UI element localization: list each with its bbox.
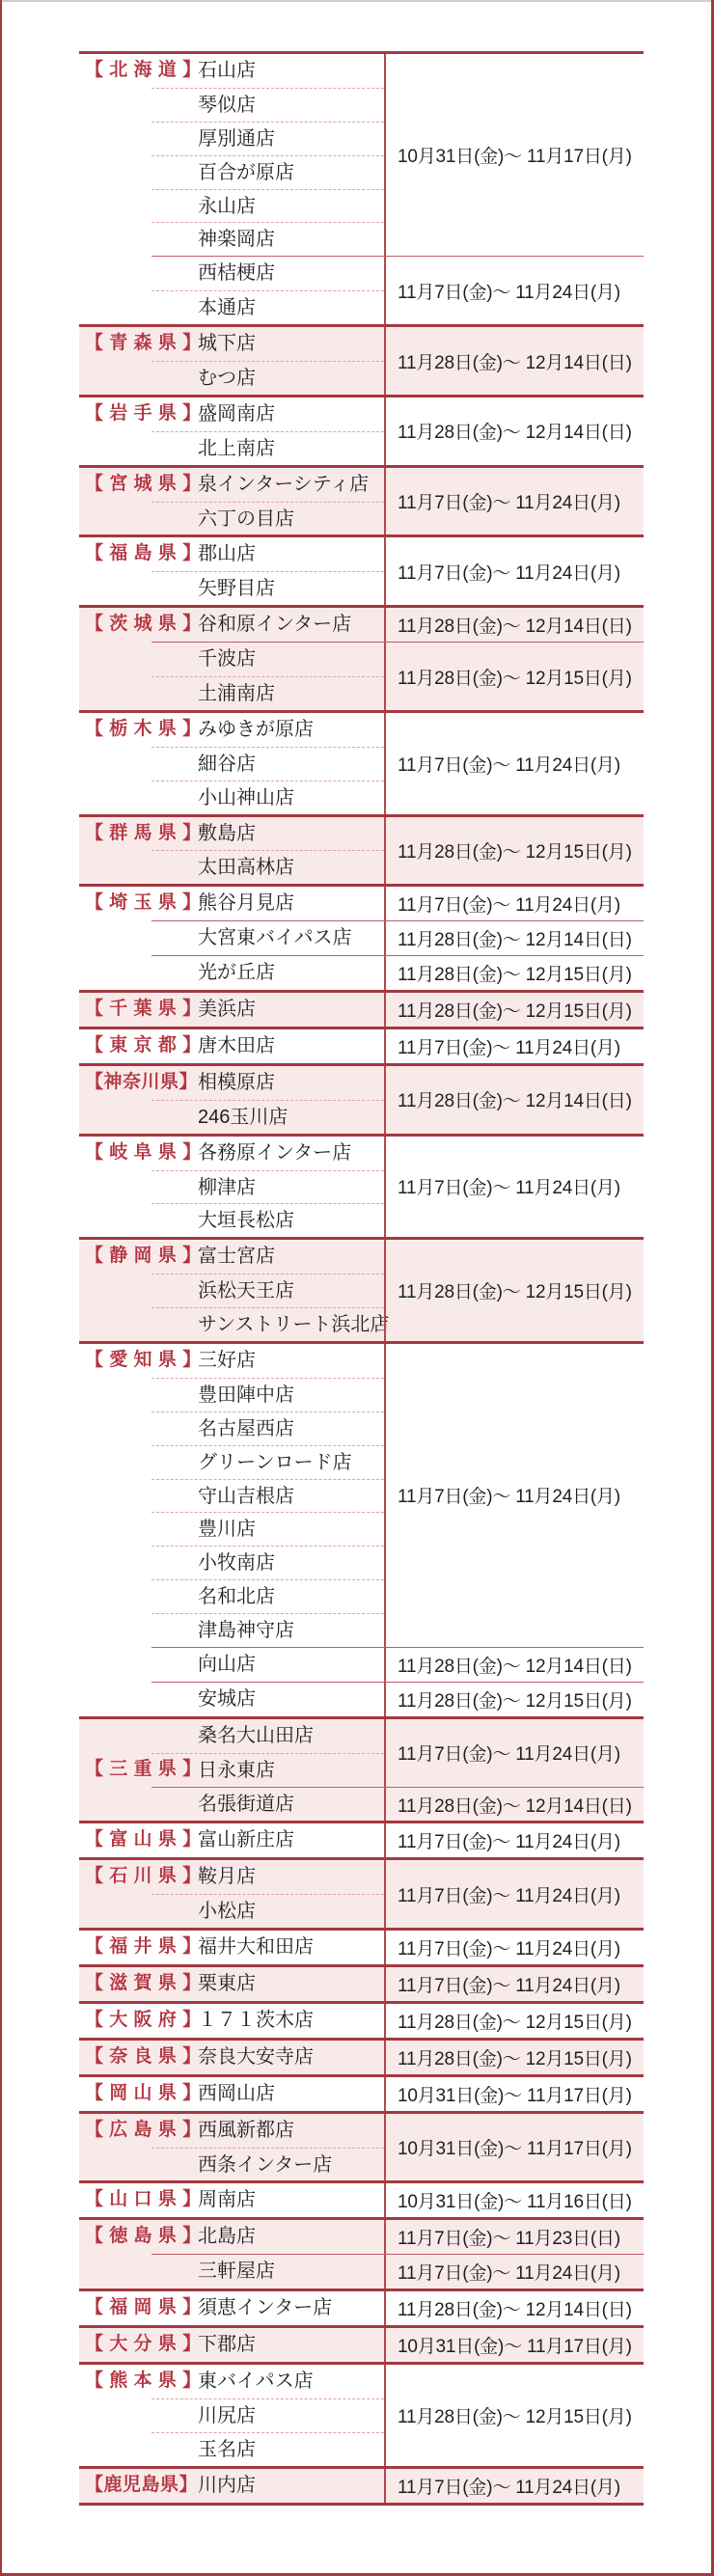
- store-name: 柳津店: [151, 1170, 384, 1204]
- period-cell: 10月31日(金)～ 11月16日(日): [384, 2183, 644, 2217]
- period-cell: 11月28日(金)～ 12月14日(日): [384, 2291, 644, 2325]
- store-name: 小山神山店: [151, 781, 384, 814]
- period-text: 11月28日(金)～ 12月14日(日): [398, 418, 632, 444]
- store-list: 三好店豊田陣中店名古屋西店グリーンロード店守山吉根店豊川店小牧南店名和北店津島神…: [151, 1344, 384, 1647]
- prefecture-section: 【 静 岡 県 】富士宮店浜松天王店サンストリート浜北店11月28日(金)～ 1…: [79, 1237, 644, 1341]
- period-text: 11月7日(金)～ 11月24日(月): [398, 2259, 620, 2285]
- prefecture-label-text: 【 大 阪 府 】: [85, 2004, 202, 2038]
- prefecture-body: 盛岡南店北上南店11月28日(金)～ 12月14日(日): [151, 397, 644, 465]
- prefecture-label-text: 【 石 川 県 】: [85, 1860, 202, 1894]
- prefecture-section: 【 愛 知 県 】三好店豊田陣中店名古屋西店グリーンロード店守山吉根店豊川店小牧…: [79, 1341, 644, 1716]
- prefecture-label: 【 宮 城 県 】: [79, 468, 151, 535]
- period-cell: 11月7日(金)～ 11月24日(月): [384, 1931, 644, 1964]
- prefecture-label-text: 【 静 岡 県 】: [85, 1240, 202, 1274]
- store-name: 西条インター店: [151, 2148, 384, 2181]
- prefecture-section: 【 千 葉 県 】美浜店11月28日(金)～ 12月15日(月): [79, 990, 644, 1027]
- prefecture-body: 谷和原インター店11月28日(金)～ 12月14日(日)千波店土浦南店11月28…: [151, 608, 644, 710]
- store-list: 大宮東バイパス店: [151, 921, 384, 955]
- period-text: 10月31日(金)～ 11月17日(月): [398, 2081, 632, 2107]
- store-group: 石山店琴似店厚別通店百合が原店永山店神楽岡店10月31日(金)～ 11月17日(…: [151, 54, 644, 256]
- prefecture-section: 【 富 山 県 】富山新庄店11月7日(金)～ 11月24日(月): [79, 1821, 644, 1857]
- store-group: 富山新庄店11月7日(金)～ 11月24日(月): [151, 1823, 644, 1857]
- period-cell: 11月7日(金)～ 11月24日(月): [384, 713, 644, 814]
- store-group: 福井大和田店11月7日(金)～ 11月24日(月): [151, 1931, 644, 1964]
- period-text: 11月7日(金)～ 11月24日(月): [398, 559, 620, 585]
- prefecture-label-text: 【 岐 阜 県 】: [85, 1137, 202, 1170]
- store-name: 安城店: [151, 1683, 384, 1716]
- prefecture-section: 【 奈 良 県 】奈良大安寺店11月28日(金)～ 12月15日(月): [79, 2038, 644, 2074]
- prefecture-section: 【 三 重 県 】桑名大山田店日永東店11月7日(金)～ 11月24日(月)名張…: [79, 1716, 644, 1822]
- store-schedule-table: 【 北 海 道 】石山店琴似店厚別通店百合が原店永山店神楽岡店10月31日(金)…: [79, 51, 644, 2506]
- store-list: 安城店: [151, 1683, 384, 1716]
- prefecture-body: 郡山店矢野目店11月7日(金)～ 11月24日(月): [151, 537, 644, 605]
- prefecture-section: 【 滋 賀 県 】栗東店11月7日(金)～ 11月24日(月): [79, 1964, 644, 2001]
- store-group: 西風新都店西条インター店10月31日(金)～ 11月17日(月): [151, 2114, 644, 2181]
- store-group: 富士宮店浜松天王店サンストリート浜北店11月28日(金)～ 12月15日(月): [151, 1240, 644, 1341]
- store-name: 三軒屋店: [151, 2255, 384, 2288]
- period-cell: 10月31日(金)～ 11月17日(月): [384, 54, 644, 256]
- prefecture-label-text: 【神奈川県】: [85, 1066, 198, 1100]
- prefecture-label: 【 青 森 県 】: [79, 327, 151, 395]
- period-cell: 11月7日(金)～ 11月24日(月): [384, 1029, 644, 1063]
- store-name: 六丁の目店: [151, 502, 384, 535]
- prefecture-label: 【 茨 城 県 】: [79, 608, 151, 710]
- prefecture-label-text: 【 愛 知 県 】: [85, 1344, 202, 1378]
- period-text: 11月28日(金)～ 12月15日(月): [398, 2044, 632, 2070]
- prefecture-body: 西岡山店10月31日(金)～ 11月17日(月): [151, 2077, 644, 2111]
- period-cell: 11月28日(金)～ 12月15日(月): [384, 956, 644, 990]
- store-name: 守山吉根店: [151, 1479, 384, 1513]
- period-text: 11月7日(金)～ 11月24日(月): [398, 1173, 620, 1199]
- store-group: 西岡山店10月31日(金)～ 11月17日(月): [151, 2077, 644, 2111]
- store-list: 光が丘店: [151, 956, 384, 990]
- period-cell: 11月7日(金)～ 11月24日(月): [384, 2469, 644, 2503]
- store-group: 須恵インター店11月28日(金)～ 12月14日(日): [151, 2291, 644, 2325]
- prefecture-body: 城下店むつ店11月28日(金)～ 12月14日(日): [151, 327, 644, 395]
- prefecture-label-text: 【 滋 賀 県 】: [85, 1967, 202, 2001]
- period-text: 11月7日(金)～ 11月24日(月): [398, 751, 620, 777]
- period-cell: 11月7日(金)～ 11月24日(月): [384, 1823, 644, 1857]
- store-name: 玉名店: [151, 2432, 384, 2466]
- prefecture-section: 【 宮 城 県 】泉インターシティ店六丁の目店11月7日(金)～ 11月24日(…: [79, 465, 644, 535]
- store-name: 永山店: [151, 189, 384, 223]
- period-text: 11月28日(金)～ 12月14日(日): [398, 1086, 632, 1112]
- period-text: 11月7日(金)～ 11月24日(月): [398, 488, 620, 514]
- period-cell: 11月7日(金)～ 11月24日(月): [384, 257, 644, 324]
- store-name: 北上南店: [151, 431, 384, 465]
- store-name: 光が丘店: [151, 956, 384, 990]
- prefecture-label-text: 【 福 岡 県 】: [85, 2291, 202, 2325]
- period-text: 11月7日(金)～ 11月24日(月): [398, 1971, 620, 1997]
- prefecture-label: 【 奈 良 県 】: [79, 2041, 151, 2074]
- prefecture-label: 【 群 馬 県 】: [79, 817, 151, 885]
- period-text: 11月7日(金)～ 11月24日(月): [398, 1934, 620, 1960]
- store-group: 北島店11月7日(金)～ 11月23日(日): [151, 2220, 644, 2254]
- prefecture-label: 【 岐 阜 県 】: [79, 1137, 151, 1238]
- store-group: 周南店10月31日(金)～ 11月16日(日): [151, 2183, 644, 2217]
- prefecture-label: 【 岩 手 県 】: [79, 397, 151, 465]
- prefecture-label: 【 静 岡 県 】: [79, 1240, 151, 1341]
- store-list: 向山店: [151, 1648, 384, 1682]
- store-group: 東バイパス店川尻店玉名店11月28日(金)～ 12月15日(月): [151, 2365, 644, 2466]
- prefecture-label: 【 福 島 県 】: [79, 537, 151, 605]
- period-text: 11月7日(金)～ 11月24日(月): [398, 1740, 620, 1766]
- prefecture-section: 【 青 森 県 】城下店むつ店11月28日(金)～ 12月14日(日): [79, 324, 644, 395]
- store-name: 川尻店: [151, 2398, 384, 2432]
- period-text: 11月28日(金)～ 12月14日(日): [398, 2295, 632, 2321]
- period-cell: 10月31日(金)～ 11月17日(月): [384, 2077, 644, 2111]
- period-cell: 11月7日(金)～ 11月24日(月): [384, 468, 644, 535]
- store-list: 西桔梗店本通店: [151, 257, 384, 324]
- prefecture-body: 周南店10月31日(金)～ 11月16日(日): [151, 2183, 644, 2217]
- prefecture-section: 【 大 分 県 】下郡店10月31日(金)～ 11月17日(月): [79, 2325, 644, 2362]
- period-text: 11月28日(金)～ 12月15日(月): [398, 960, 632, 986]
- page-left-border: [0, 0, 2, 2576]
- store-list: 千波店土浦南店: [151, 643, 384, 710]
- store-group: 光が丘店11月28日(金)～ 12月15日(月): [151, 955, 644, 990]
- prefecture-body: 泉インターシティ店六丁の目店11月7日(金)～ 11月24日(月): [151, 468, 644, 535]
- prefecture-label-text: 【 埼 玉 県 】: [85, 887, 202, 920]
- period-cell: 11月7日(金)～ 11月24日(月): [384, 2255, 644, 2288]
- prefecture-label-text: 【 東 京 都 】: [85, 1029, 202, 1063]
- prefecture-label: 【 北 海 道 】: [79, 54, 151, 324]
- store-group: 桑名大山田店日永東店11月7日(金)～ 11月24日(月): [151, 1719, 644, 1787]
- period-text: 11月28日(金)～ 12月14日(日): [398, 925, 632, 951]
- period-cell: 11月28日(金)～ 12月15日(月): [384, 643, 644, 710]
- store-name: 小松店: [151, 1894, 384, 1928]
- store-group: 三軒屋店11月7日(金)～ 11月24日(月): [151, 2254, 644, 2288]
- period-text: 10月31日(金)～ 11月17日(月): [398, 2332, 632, 2358]
- period-cell: 11月28日(金)～ 12月14日(日): [384, 397, 644, 465]
- prefecture-body: 福井大和田店11月7日(金)～ 11月24日(月): [151, 1931, 644, 1964]
- prefecture-body: 桑名大山田店日永東店11月7日(金)～ 11月24日(月)名張街道店11月28日…: [151, 1719, 644, 1822]
- prefecture-label-text: 【 大 分 県 】: [85, 2328, 202, 2362]
- store-name: 千波店: [151, 643, 384, 676]
- prefecture-label: 【 大 阪 府 】: [79, 2004, 151, 2038]
- prefecture-label: 【 愛 知 県 】: [79, 1344, 151, 1716]
- period-cell: 11月28日(金)～ 12月15日(月): [384, 2365, 644, 2466]
- prefecture-label-text: 【 奈 良 県 】: [85, 2041, 202, 2074]
- prefecture-body: 唐木田店11月7日(金)～ 11月24日(月): [151, 1029, 644, 1063]
- store-name: 名張街道店: [151, 1788, 384, 1822]
- period-cell: 11月7日(金)～ 11月24日(月): [384, 1860, 644, 1928]
- prefecture-section: 【 徳 島 県 】北島店11月7日(金)～ 11月23日(日)三軒屋店11月7日…: [79, 2217, 644, 2288]
- prefecture-body: １７１茨木店11月28日(金)～ 12月15日(月): [151, 2004, 644, 2038]
- period-cell: 11月28日(金)～ 12月15日(月): [384, 2041, 644, 2074]
- store-name: 豊川店: [151, 1512, 384, 1546]
- prefecture-body: 富山新庄店11月7日(金)～ 11月24日(月): [151, 1823, 644, 1857]
- prefecture-label-text: 【 熊 本 県 】: [85, 2365, 202, 2398]
- store-name: サンストリート浜北店: [151, 1307, 384, 1341]
- store-group: 三好店豊田陣中店名古屋西店グリーンロード店守山吉根店豊川店小牧南店名和北店津島神…: [151, 1344, 644, 1647]
- store-group: 泉インターシティ店六丁の目店11月7日(金)～ 11月24日(月): [151, 468, 644, 535]
- period-text: 11月7日(金)～ 11月24日(月): [398, 1881, 620, 1907]
- period-cell: 11月7日(金)～ 11月24日(月): [384, 1719, 644, 1787]
- prefecture-label: 【 滋 賀 県 】: [79, 1967, 151, 2001]
- store-name: 本通店: [151, 290, 384, 324]
- prefecture-body: 熊谷月見店11月7日(金)～ 11月24日(月)大宮東バイパス店11月28日(金…: [151, 887, 644, 990]
- prefecture-body: 富士宮店浜松天王店サンストリート浜北店11月28日(金)～ 12月15日(月): [151, 1240, 644, 1341]
- prefecture-body: 敷島店太田高林店11月28日(金)～ 12月15日(月): [151, 817, 644, 885]
- period-text: 10月31日(金)～ 11月17日(月): [398, 2134, 632, 2160]
- store-name: 琴似店: [151, 88, 384, 122]
- store-group: 大宮東バイパス店11月28日(金)～ 12月14日(日): [151, 920, 644, 955]
- prefecture-body: 下郡店10月31日(金)～ 11月17日(月): [151, 2328, 644, 2362]
- period-cell: 11月7日(金)～ 11月24日(月): [384, 1344, 644, 1647]
- prefecture-label-text: 【 千 葉 県 】: [85, 993, 202, 1027]
- prefecture-body: 鞍月店小松店11月7日(金)～ 11月24日(月): [151, 1860, 644, 1928]
- prefecture-body: 三好店豊田陣中店名古屋西店グリーンロード店守山吉根店豊川店小牧南店名和北店津島神…: [151, 1344, 644, 1716]
- period-text: 11月28日(金)～ 12月15日(月): [398, 997, 632, 1023]
- period-text: 11月28日(金)～ 12月15日(月): [398, 664, 632, 690]
- prefecture-label: 【 三 重 県 】: [79, 1719, 151, 1822]
- prefecture-body: 石山店琴似店厚別通店百合が原店永山店神楽岡店10月31日(金)～ 11月17日(…: [151, 54, 644, 324]
- prefecture-section: 【 岡 山 県 】西岡山店10月31日(金)～ 11月17日(月): [79, 2074, 644, 2111]
- prefecture-section: 【 広 島 県 】西風新都店西条インター店10月31日(金)～ 11月17日(月…: [79, 2111, 644, 2181]
- period-cell: 10月31日(金)～ 11月17日(月): [384, 2328, 644, 2362]
- prefecture-section: 【 栃 木 県 】みゆきが原店細谷店小山神山店11月7日(金)～ 11月24日(…: [79, 710, 644, 814]
- store-name: 西桔梗店: [151, 257, 384, 290]
- page-top-line: [0, 0, 714, 2]
- prefecture-label-text: 【 群 馬 県 】: [85, 817, 202, 851]
- prefecture-section: 【 茨 城 県 】谷和原インター店11月28日(金)～ 12月14日(日)千波店…: [79, 605, 644, 710]
- store-name: 厚別通店: [151, 122, 384, 155]
- store-group: 各務原インター店柳津店大垣長松店11月7日(金)～ 11月24日(月): [151, 1137, 644, 1238]
- prefecture-body: 須恵インター店11月28日(金)～ 12月14日(日): [151, 2291, 644, 2325]
- period-text: 11月28日(金)～ 12月15日(月): [398, 2402, 632, 2428]
- prefecture-label-text: 【 富 山 県 】: [85, 1823, 202, 1857]
- store-group: 千波店土浦南店11月28日(金)～ 12月15日(月): [151, 642, 644, 710]
- prefecture-label: 【 岡 山 県 】: [79, 2077, 151, 2111]
- prefecture-section: 【鹿児島県】川内店11月7日(金)～ 11月24日(月): [79, 2466, 644, 2506]
- store-name: 豊田陣中店: [151, 1378, 384, 1411]
- period-cell: 11月28日(金)～ 12月15日(月): [384, 1683, 644, 1716]
- store-name: 太田高林店: [151, 850, 384, 884]
- prefecture-section: 【 福 井 県 】福井大和田店11月7日(金)～ 11月24日(月): [79, 1928, 644, 1964]
- period-cell: 11月28日(金)～ 12月14日(日): [384, 1066, 644, 1134]
- store-name: 名和北店: [151, 1579, 384, 1613]
- store-group: 美浜店11月28日(金)～ 12月15日(月): [151, 993, 644, 1027]
- prefecture-label: 【 富 山 県 】: [79, 1823, 151, 1857]
- period-text: 11月7日(金)～ 11月24日(月): [398, 278, 620, 304]
- prefecture-label: 【 埼 玉 県 】: [79, 887, 151, 990]
- prefecture-label-text: 【 徳 島 県 】: [85, 2220, 202, 2254]
- period-text: 11月7日(金)～ 11月24日(月): [398, 1482, 620, 1508]
- store-group: 敷島店太田高林店11月28日(金)～ 12月15日(月): [151, 817, 644, 885]
- period-cell: 11月28日(金)～ 12月15日(月): [384, 1240, 644, 1341]
- store-group: 熊谷月見店11月7日(金)～ 11月24日(月): [151, 887, 644, 920]
- prefecture-section: 【 大 阪 府 】１７１茨木店11月28日(金)～ 12月15日(月): [79, 2001, 644, 2038]
- prefecture-label-text: 【 岡 山 県 】: [85, 2077, 202, 2111]
- prefecture-label-text: 【 茨 城 県 】: [85, 608, 202, 642]
- store-group: 相模原店246玉川店11月28日(金)～ 12月14日(日): [151, 1066, 644, 1134]
- store-list: 三軒屋店: [151, 2255, 384, 2288]
- store-name: 土浦南店: [151, 676, 384, 710]
- prefecture-label-text: 【 山 口 県 】: [85, 2183, 202, 2217]
- prefecture-section: 【 北 海 道 】石山店琴似店厚別通店百合が原店永山店神楽岡店10月31日(金)…: [79, 51, 644, 324]
- store-group: みゆきが原店細谷店小山神山店11月7日(金)～ 11月24日(月): [151, 713, 644, 814]
- store-name: 細谷店: [151, 747, 384, 781]
- prefecture-body: 美浜店11月28日(金)～ 12月15日(月): [151, 993, 644, 1027]
- period-cell: 11月28日(金)～ 12月14日(日): [384, 608, 644, 642]
- prefecture-label: 【 東 京 都 】: [79, 1029, 151, 1063]
- period-text: 11月7日(金)～ 11月23日(日): [398, 2224, 620, 2250]
- period-cell: 11月7日(金)～ 11月24日(月): [384, 1967, 644, 2001]
- period-cell: 11月7日(金)～ 11月24日(月): [384, 537, 644, 605]
- prefecture-label: 【 徳 島 県 】: [79, 2220, 151, 2288]
- prefecture-section: 【 岐 阜 県 】各務原インター店柳津店大垣長松店11月7日(金)～ 11月24…: [79, 1134, 644, 1238]
- store-group: 向山店11月28日(金)～ 12月14日(日): [151, 1647, 644, 1682]
- prefecture-label-text: 【 栃 木 県 】: [85, 713, 202, 747]
- store-group: 郡山店矢野目店11月7日(金)～ 11月24日(月): [151, 537, 644, 605]
- prefecture-section: 【 熊 本 県 】東バイパス店川尻店玉名店11月28日(金)～ 12月15日(月…: [79, 2362, 644, 2466]
- prefecture-label-text: 【 福 井 県 】: [85, 1931, 202, 1964]
- prefecture-label: 【 栃 木 県 】: [79, 713, 151, 814]
- period-cell: 11月28日(金)～ 12月15日(月): [384, 993, 644, 1027]
- prefecture-label-text: 【 北 海 道 】: [85, 54, 202, 88]
- store-group: 唐木田店11月7日(金)～ 11月24日(月): [151, 1029, 644, 1063]
- prefecture-section: 【 埼 玉 県 】熊谷月見店11月7日(金)～ 11月24日(月)大宮東バイパス…: [79, 884, 644, 990]
- store-group: 鞍月店小松店11月7日(金)～ 11月24日(月): [151, 1860, 644, 1928]
- period-cell: 11月28日(金)～ 12月14日(日): [384, 921, 644, 955]
- store-name: むつ店: [151, 361, 384, 395]
- prefecture-label: 【 広 島 県 】: [79, 2114, 151, 2181]
- store-name: 浜松天王店: [151, 1274, 384, 1307]
- period-cell: 11月28日(金)～ 12月14日(日): [384, 327, 644, 395]
- store-name: 神楽岡店: [151, 222, 384, 256]
- store-group: 西桔梗店本通店11月7日(金)～ 11月24日(月): [151, 256, 644, 324]
- period-cell: 11月7日(金)～ 11月23日(日): [384, 2220, 644, 2254]
- prefecture-label: 【 福 岡 県 】: [79, 2291, 151, 2325]
- prefecture-label: 【 熊 本 県 】: [79, 2365, 151, 2466]
- store-list: 名張街道店: [151, 1788, 384, 1822]
- prefecture-label-text: 【鹿児島県】: [85, 2469, 198, 2503]
- prefecture-label: 【 福 井 県 】: [79, 1931, 151, 1964]
- store-name: グリーンロード店: [151, 1445, 384, 1479]
- period-cell: 11月28日(金)～ 12月14日(日): [384, 1788, 644, 1822]
- store-name: 名古屋西店: [151, 1411, 384, 1445]
- period-cell: 11月7日(金)～ 11月24日(月): [384, 887, 644, 920]
- period-cell: 11月28日(金)～ 12月15日(月): [384, 2004, 644, 2038]
- prefecture-label-text: 【 三 重 県 】: [85, 1753, 202, 1787]
- store-group: １７１茨木店11月28日(金)～ 12月15日(月): [151, 2004, 644, 2038]
- prefecture-section: 【 岩 手 県 】盛岡南店北上南店11月28日(金)～ 12月14日(日): [79, 395, 644, 465]
- prefecture-label: 【 千 葉 県 】: [79, 993, 151, 1027]
- prefecture-section: 【 山 口 県 】周南店10月31日(金)～ 11月16日(日): [79, 2180, 644, 2217]
- period-text: 11月28日(金)～ 12月15日(月): [398, 2008, 632, 2034]
- prefecture-label: 【鹿児島県】: [79, 2469, 151, 2503]
- period-cell: 11月28日(金)～ 12月15日(月): [384, 817, 644, 885]
- period-text: 10月31日(金)～ 11月17日(月): [398, 142, 632, 168]
- prefecture-label-text: 【 青 森 県 】: [85, 327, 202, 361]
- prefecture-body: 各務原インター店柳津店大垣長松店11月7日(金)～ 11月24日(月): [151, 1137, 644, 1238]
- prefecture-section: 【 東 京 都 】唐木田店11月7日(金)～ 11月24日(月): [79, 1027, 644, 1063]
- period-text: 11月28日(金)～ 12月15日(月): [398, 1686, 632, 1713]
- prefecture-body: 奈良大安寺店11月28日(金)～ 12月15日(月): [151, 2041, 644, 2074]
- prefecture-body: 北島店11月7日(金)～ 11月23日(日)三軒屋店11月7日(金)～ 11月2…: [151, 2220, 644, 2288]
- store-group: 下郡店10月31日(金)～ 11月17日(月): [151, 2328, 644, 2362]
- store-name: 百合が原店: [151, 155, 384, 189]
- period-text: 11月28日(金)～ 12月14日(日): [398, 1652, 632, 1678]
- prefecture-body: 西風新都店西条インター店10月31日(金)～ 11月17日(月): [151, 2114, 644, 2181]
- store-name: 津島神守店: [151, 1613, 384, 1647]
- store-group: 川内店11月7日(金)～ 11月24日(月): [151, 2469, 644, 2503]
- store-name: 246玉川店: [151, 1100, 384, 1134]
- prefecture-section: 【 福 岡 県 】須恵インター店11月28日(金)～ 12月14日(日): [79, 2288, 644, 2325]
- period-cell: 11月7日(金)～ 11月24日(月): [384, 1137, 644, 1238]
- period-text: 11月28日(金)～ 12月15日(月): [398, 837, 632, 863]
- period-text: 11月28日(金)～ 12月14日(日): [398, 1792, 632, 1818]
- store-name: 矢野目店: [151, 571, 384, 605]
- prefecture-body: 川内店11月7日(金)～ 11月24日(月): [151, 2469, 644, 2503]
- period-text: 11月28日(金)～ 12月15日(月): [398, 1277, 632, 1303]
- prefecture-body: 相模原店246玉川店11月28日(金)～ 12月14日(日): [151, 1066, 644, 1134]
- prefecture-section: 【 福 島 県 】郡山店矢野目店11月7日(金)～ 11月24日(月): [79, 534, 644, 605]
- period-text: 11月28日(金)～ 12月14日(日): [398, 612, 632, 638]
- store-name: 向山店: [151, 1648, 384, 1682]
- prefecture-body: 栗東店11月7日(金)～ 11月24日(月): [151, 1967, 644, 2001]
- period-text: 11月7日(金)～ 11月24日(月): [398, 2473, 620, 2499]
- store-name: 桑名大山田店: [151, 1719, 384, 1753]
- store-name: 大宮東バイパス店: [151, 921, 384, 955]
- prefecture-section: 【 群 馬 県 】敷島店太田高林店11月28日(金)～ 12月15日(月): [79, 814, 644, 885]
- store-group: 城下店むつ店11月28日(金)～ 12月14日(日): [151, 327, 644, 395]
- prefecture-label-text: 【 福 島 県 】: [85, 537, 202, 571]
- prefecture-section: 【神奈川県】相模原店246玉川店11月28日(金)～ 12月14日(日): [79, 1063, 644, 1134]
- store-group: 谷和原インター店11月28日(金)～ 12月14日(日): [151, 608, 644, 642]
- prefecture-label-text: 【 岩 手 県 】: [85, 397, 202, 431]
- store-group: 名張街道店11月28日(金)～ 12月14日(日): [151, 1787, 644, 1822]
- prefecture-label: 【 大 分 県 】: [79, 2328, 151, 2362]
- period-text: 11月7日(金)～ 11月24日(月): [398, 1033, 620, 1059]
- prefecture-label-text: 【 宮 城 県 】: [85, 468, 202, 502]
- period-cell: 11月28日(金)～ 12月14日(日): [384, 1648, 644, 1682]
- prefecture-body: 東バイパス店川尻店玉名店11月28日(金)～ 12月15日(月): [151, 2365, 644, 2466]
- store-name: 小牧南店: [151, 1546, 384, 1579]
- prefecture-label: 【 山 口 県 】: [79, 2183, 151, 2217]
- period-text: 11月7日(金)～ 11月24日(月): [398, 1827, 620, 1853]
- prefecture-body: みゆきが原店細谷店小山神山店11月7日(金)～ 11月24日(月): [151, 713, 644, 814]
- store-name: 大垣長松店: [151, 1203, 384, 1237]
- store-group: 奈良大安寺店11月28日(金)～ 12月15日(月): [151, 2041, 644, 2074]
- store-group: 盛岡南店北上南店11月28日(金)～ 12月14日(日): [151, 397, 644, 465]
- store-group: 安城店11月28日(金)～ 12月15日(月): [151, 1682, 644, 1716]
- prefecture-label: 【神奈川県】: [79, 1066, 151, 1134]
- period-cell: 10月31日(金)～ 11月17日(月): [384, 2114, 644, 2181]
- period-text: 11月28日(金)～ 12月14日(日): [398, 348, 632, 374]
- prefecture-label-text: 【 広 島 県 】: [85, 2114, 202, 2148]
- prefecture-label: 【 石 川 県 】: [79, 1860, 151, 1928]
- period-text: 11月7日(金)～ 11月24日(月): [398, 891, 620, 917]
- prefecture-section: 【 石 川 県 】鞍月店小松店11月7日(金)～ 11月24日(月): [79, 1857, 644, 1928]
- period-text: 10月31日(金)～ 11月16日(日): [398, 2187, 632, 2213]
- store-group: 栗東店11月7日(金)～ 11月24日(月): [151, 1967, 644, 2001]
